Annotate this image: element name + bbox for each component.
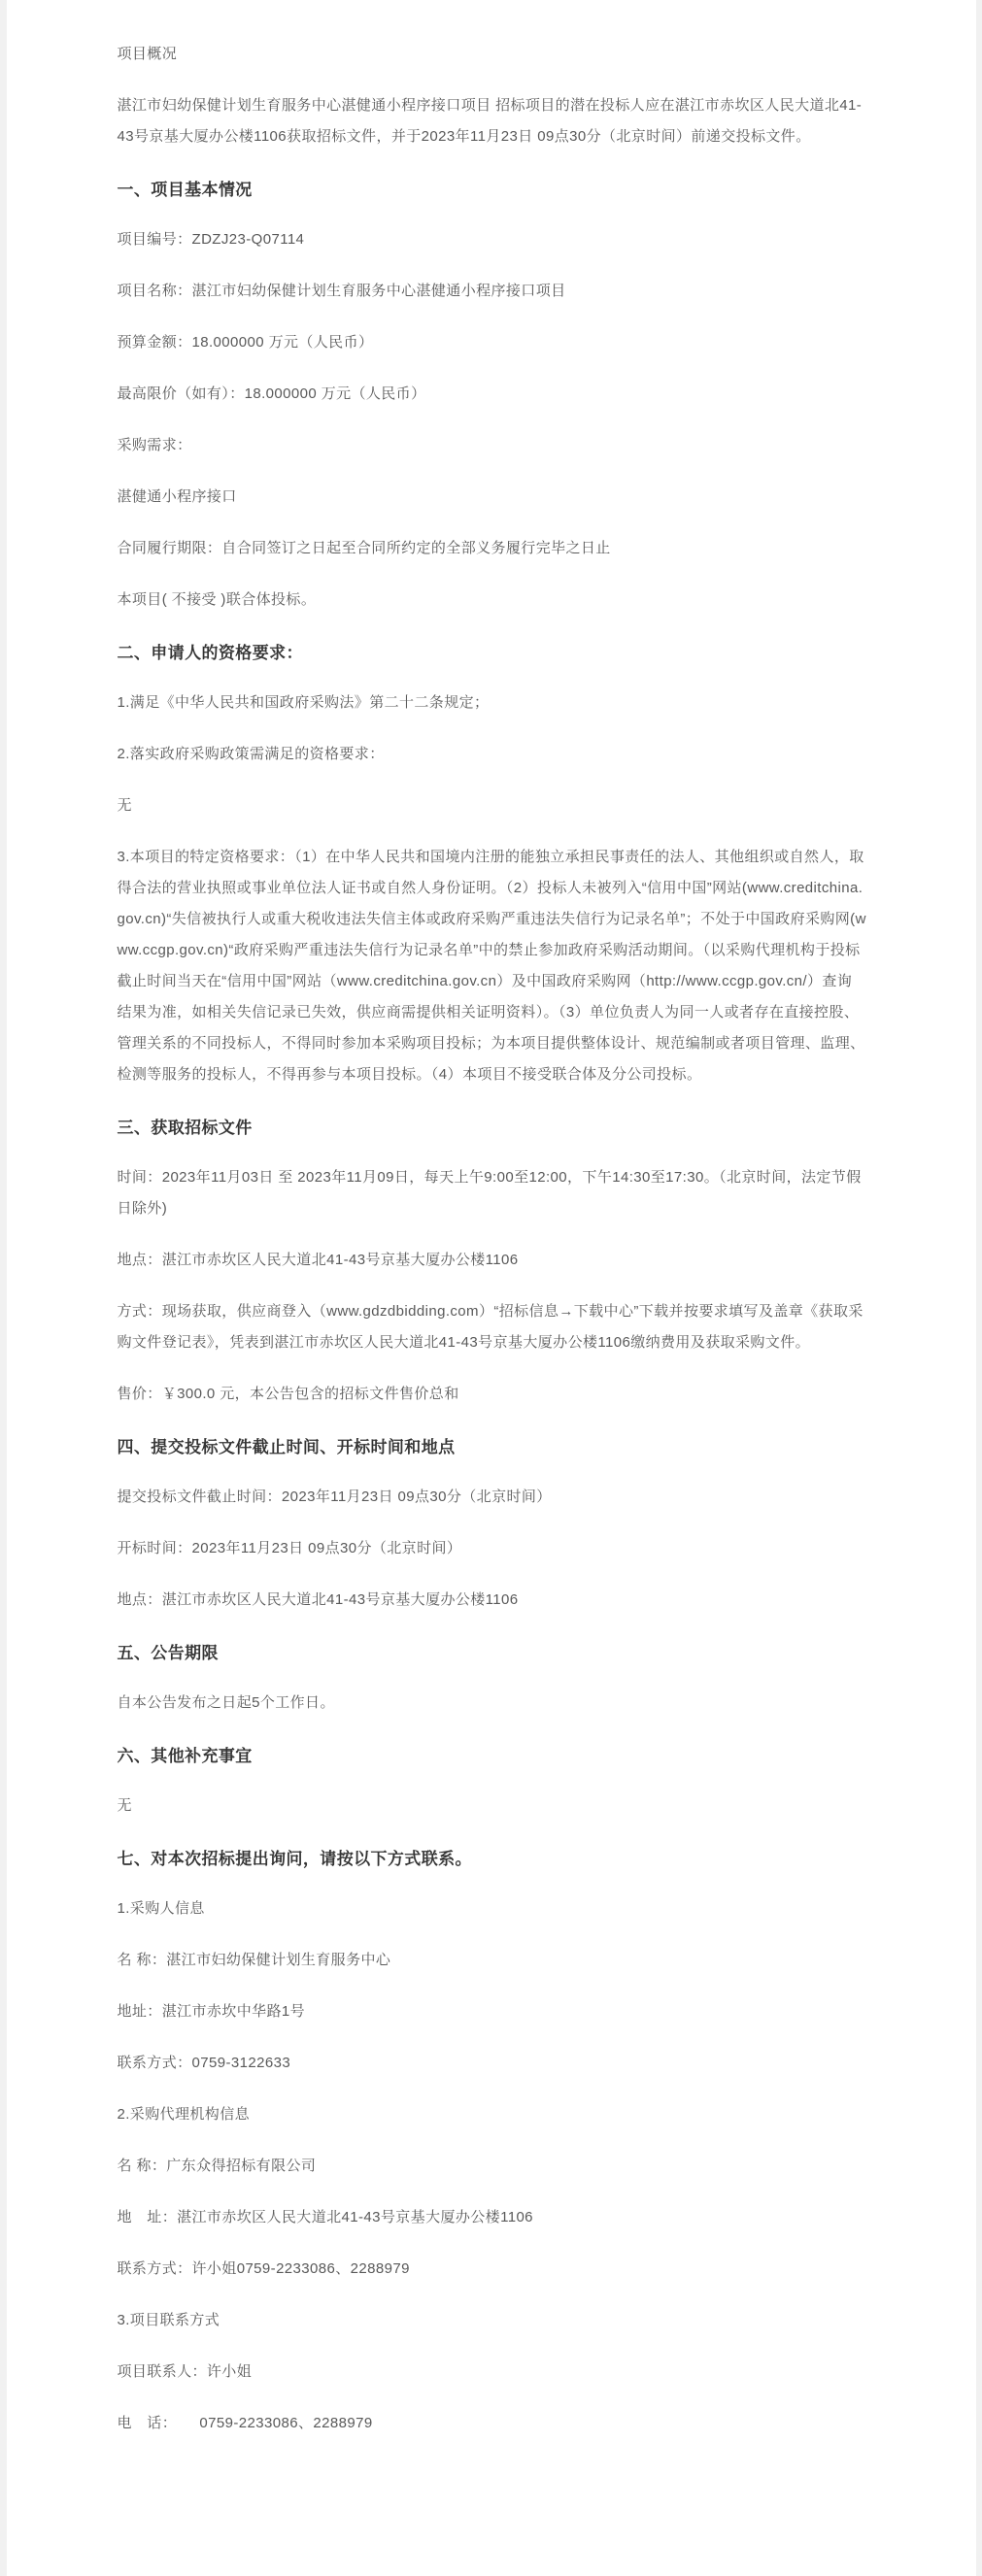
paragraph: 合同履行期限：自合同签订之日起至合同所约定的全部义务履行完毕之日止 — [118, 533, 867, 564]
section-heading: 二、申请人的资格要求： — [118, 636, 867, 671]
paragraph: 名 称：广东众得招标有限公司 — [118, 2151, 867, 2182]
paragraph: 本项目( 不接受 )联合体投标。 — [118, 585, 867, 616]
paragraph: 采购需求： — [118, 430, 867, 461]
paragraph: 自本公告发布之日起5个工作日。 — [118, 1688, 867, 1719]
paragraph: 湛江市妇幼保健计划生育服务中心湛健通小程序接口项目 招标项目的潜在投标人应在湛江… — [118, 90, 867, 152]
paragraph: 2.落实政府采购政策需满足的资格要求： — [118, 739, 867, 770]
paragraph: 电 话： 0759-2233086、2288979 — [118, 2408, 867, 2439]
paragraph: 3.项目联系方式 — [118, 2305, 867, 2336]
paragraph: 地点：湛江市赤坎区人民大道北41-43号京基大厦办公楼1106 — [118, 1245, 867, 1276]
section-heading: 七、对本次招标提出询问，请按以下方式联系。 — [118, 1842, 867, 1877]
announcement-card: 项目概况湛江市妇幼保健计划生育服务中心湛健通小程序接口项目 招标项目的潜在投标人… — [7, 0, 976, 2576]
paragraph: 项目概况 — [118, 39, 867, 70]
page-background: 项目概况湛江市妇幼保健计划生育服务中心湛健通小程序接口项目 招标项目的潜在投标人… — [0, 0, 982, 2576]
paragraph: 方式：现场获取，供应商登入（www.gdzdbidding.com）“招标信息→… — [118, 1296, 867, 1358]
section-heading: 五、公告期限 — [118, 1636, 867, 1671]
paragraph: 售价：￥300.0 元，本公告包含的招标文件售价总和 — [118, 1379, 867, 1410]
paragraph: 联系方式：许小姐0759-2233086、2288979 — [118, 2254, 867, 2285]
section-heading: 三、获取招标文件 — [118, 1111, 867, 1146]
paragraph: 3.本项目的特定资格要求：（1）在中华人民共和国境内注册的能独立承担民事责任的法… — [118, 842, 867, 1090]
paragraph: 最高限价（如有）：18.000000 万元（人民币） — [118, 379, 867, 410]
paragraph: 时间：2023年11月03日 至 2023年11月09日，每天上午9:00至12… — [118, 1162, 867, 1224]
section-heading: 六、其他补充事宜 — [118, 1739, 867, 1774]
paragraph: 项目名称：湛江市妇幼保健计划生育服务中心湛健通小程序接口项目 — [118, 276, 867, 307]
paragraph: 名 称：湛江市妇幼保健计划生育服务中心 — [118, 1945, 867, 1976]
paragraph: 开标时间：2023年11月23日 09点30分（北京时间） — [118, 1533, 867, 1564]
paragraph: 无 — [118, 790, 867, 821]
announcement-body: 项目概况湛江市妇幼保健计划生育服务中心湛健通小程序接口项目 招标项目的潜在投标人… — [118, 39, 867, 2439]
paragraph: 湛健通小程序接口 — [118, 482, 867, 513]
paragraph: 预算金额：18.000000 万元（人民币） — [118, 327, 867, 358]
paragraph: 无 — [118, 1790, 867, 1822]
paragraph: 地点：湛江市赤坎区人民大道北41-43号京基大厦办公楼1106 — [118, 1585, 867, 1616]
paragraph: 1.采购人信息 — [118, 1893, 867, 1924]
section-heading: 四、提交投标文件截止时间、开标时间和地点 — [118, 1430, 867, 1465]
paragraph: 项目编号：ZDZJ23-Q07114 — [118, 224, 867, 255]
paragraph: 2.采购代理机构信息 — [118, 2099, 867, 2130]
paragraph: 1.满足《中华人民共和国政府采购法》第二十二条规定； — [118, 687, 867, 719]
paragraph: 项目联系人：许小姐 — [118, 2357, 867, 2388]
paragraph: 提交投标文件截止时间：2023年11月23日 09点30分（北京时间） — [118, 1482, 867, 1513]
paragraph: 联系方式：0759-3122633 — [118, 2048, 867, 2079]
paragraph: 地 址：湛江市赤坎区人民大道北41-43号京基大厦办公楼1106 — [118, 2202, 867, 2233]
section-heading: 一、项目基本情况 — [118, 173, 867, 208]
paragraph: 地址：湛江市赤坎中华路1号 — [118, 1996, 867, 2027]
